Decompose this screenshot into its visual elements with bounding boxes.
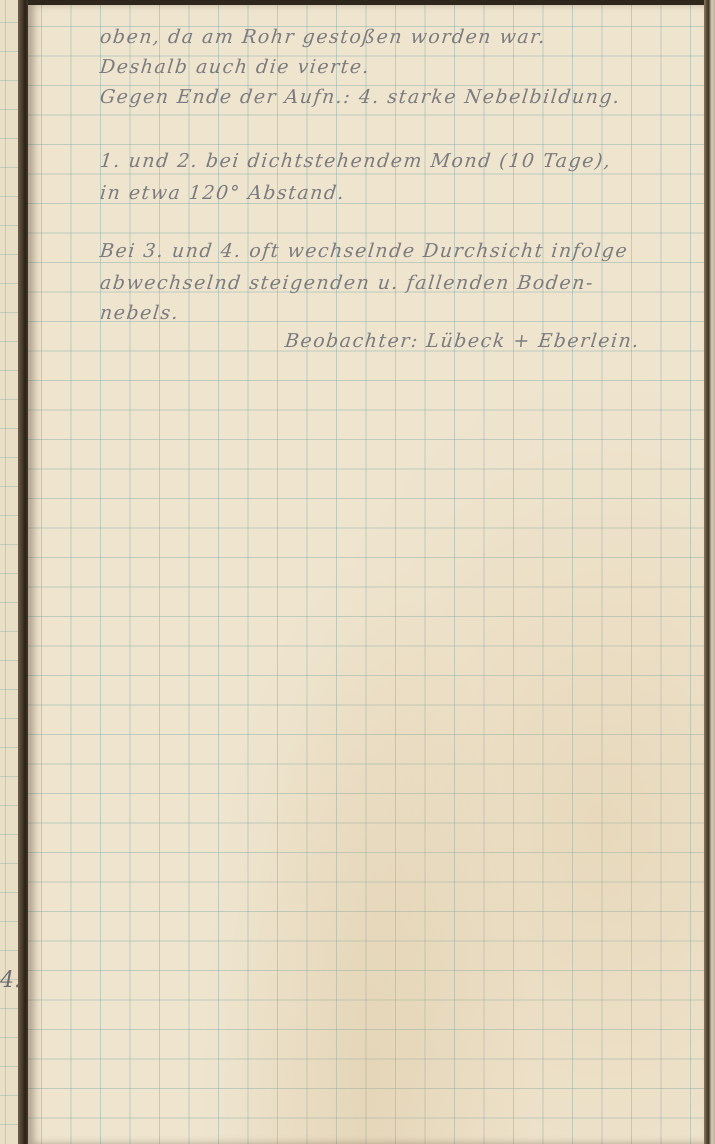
observer-signature: Beobachter: Lübeck + Eberlein. bbox=[284, 330, 641, 352]
page-top-edge bbox=[28, 0, 708, 5]
note-line-1: oben, da am Rohr gestoßen worden war. bbox=[99, 26, 548, 48]
notebook-page bbox=[28, 4, 704, 1144]
note-line-8: nebels. bbox=[99, 302, 181, 324]
note-line-7: abwechselnd steigenden u. fallenden Bode… bbox=[99, 272, 595, 294]
note-line-2: Deshalb auch die vierte. bbox=[99, 56, 371, 78]
note-line-6: Bei 3. und 4. oft wechselnde Durchsicht … bbox=[99, 240, 630, 262]
page-right-edge bbox=[704, 0, 715, 1144]
note-line-5: in etwa 120° Abstand. bbox=[99, 182, 347, 204]
note-line-4: 1. und 2. bei dichtstehendem Mond (10 Ta… bbox=[99, 150, 613, 172]
note-line-3: Gegen Ende der Aufn.: 4. starke Nebelbil… bbox=[99, 86, 622, 108]
